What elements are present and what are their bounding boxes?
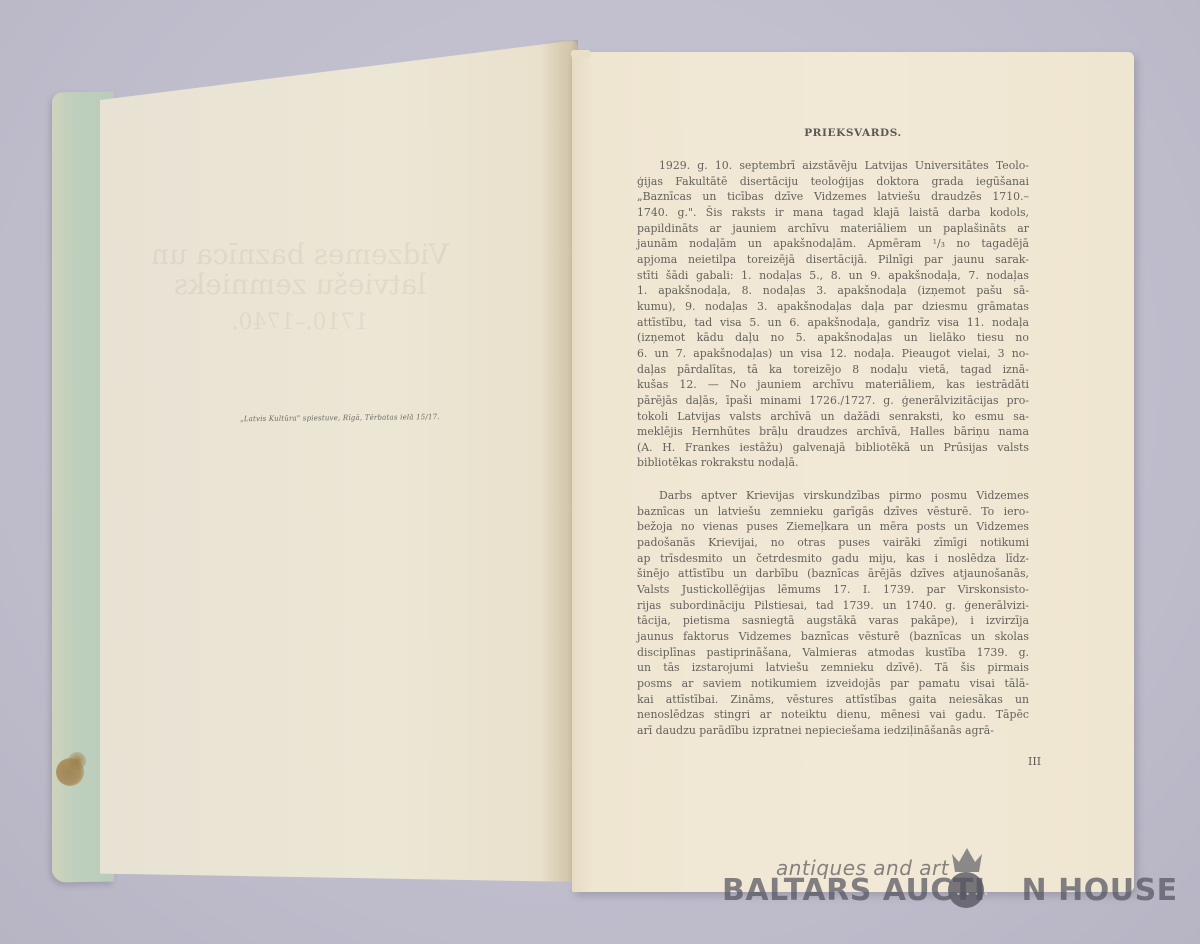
text-line: jaunām nodaļām un apakšnodaļām. Apmēram … xyxy=(637,236,1029,252)
page-number: III xyxy=(1028,755,1041,768)
text-line: bežoja no vienas puses Ziemeļkara un mēr… xyxy=(637,519,1029,535)
watermark-brand-left: BALTARS AUCTI xyxy=(722,873,986,908)
left-page xyxy=(100,40,578,882)
text-line: kušas 12. — No jauniem archīvu materiāli… xyxy=(637,377,1029,393)
text-line: attīstību, tad visa 5. un 6. apakšnodaļa… xyxy=(637,315,1029,331)
text-line: kumu), 9. nodaļas 3. apakšnodaļas daļa p… xyxy=(637,299,1029,315)
text-line: 6. un 7. apakšnodaļas) un visa 12. nodaļ… xyxy=(637,346,1029,362)
text-line: disciplīnas pastiprināšana, Valmieras at… xyxy=(637,645,1029,661)
crown-icon xyxy=(950,846,984,872)
watermark-brand-right: N HOUSE xyxy=(1022,873,1178,908)
page-corner xyxy=(571,50,591,58)
text-line: jaunus faktorus Vidzemes baznīcas vēstur… xyxy=(637,629,1029,645)
text-line: (izņemot kādu daļu no 5. apakšnodaļas un… xyxy=(637,330,1029,346)
text-line: šinējo attīstību un darbību (baznīcas ār… xyxy=(637,566,1029,582)
text-line: (A. H. Frankes iestāžu) galvenajā biblio… xyxy=(637,440,1029,456)
paragraph-1: 1929. g. 10. septembrī aizstāvēju Latvij… xyxy=(637,158,1029,471)
showthrough-text: 1710.–1740. xyxy=(150,310,450,335)
text-line: ap trīsdesmito un četrdesmito gadu miju,… xyxy=(637,551,1029,567)
text-line: arī daudzu parādību izpratnei nepiecieša… xyxy=(637,723,1029,739)
text-line: un tās izstarojumi latviešu zemnieku dzī… xyxy=(637,660,1029,676)
text-line: apjoma neietilpa toreizējā disertācijā. … xyxy=(637,252,1029,268)
showthrough-text: Vidzemes baznīca un xyxy=(150,238,450,271)
text-line: Valsts Justickollēģijas lēmums 17. I. 17… xyxy=(637,582,1029,598)
text-line: baznīcas un latviešu zemnieku garīgās dz… xyxy=(637,504,1029,520)
text-line: meklējis Hernhūtes brāļu draudzes archīv… xyxy=(637,424,1029,440)
text-line: posms ar saviem notikumiem izveidojās pa… xyxy=(637,676,1029,692)
text-line: daļas pārdalītas, tā ka toreizējo 8 noda… xyxy=(637,362,1029,378)
showthrough-text: latviešu zemnieks xyxy=(150,268,450,301)
text-line: Darbs aptver Krievijas virskundzības pir… xyxy=(637,488,1029,504)
text-line: tācija, pietisma sasniegtā augstākā vara… xyxy=(637,613,1029,629)
text-line: 1. apakšnodaļa, 8. nodaļas 3. apakšnodaļ… xyxy=(637,283,1029,299)
text-line: padošanās Krievijai, no otras puses vair… xyxy=(637,535,1029,551)
text-line: ģijas Fakultātē disertāciju teoloģijas d… xyxy=(637,174,1029,190)
page-heading: PRIEKSVARDS. xyxy=(572,127,1134,139)
text-line: tokoli Latvijas valsts archīvā un dažādi… xyxy=(637,409,1029,425)
text-line: nenoslēdzas stingri ar noteiktu dienu, m… xyxy=(637,707,1029,723)
text-line: kai attīstībai. Zināms, vēstures attīstī… xyxy=(637,692,1029,708)
text-line: papildināts ar jauniem archīvu materiāli… xyxy=(637,221,1029,237)
text-line: rijas subordināciju Pilstiesai, tad 1739… xyxy=(637,598,1029,614)
text-line: pārējās daļās, īpaši minami 1726./1727. … xyxy=(637,393,1029,409)
text-line: bibliotēkas rokrakstu nodaļā. xyxy=(637,455,1029,471)
foxing-stain-secondary xyxy=(68,752,86,770)
watermark-brand: BALTARS AUCTIN HOUSE xyxy=(722,873,1178,908)
text-line: „Baznīcas un ticības dzīve Vidzemes latv… xyxy=(637,189,1029,205)
text-line: 1740. g.". Šis raksts ir mana tagad klaj… xyxy=(637,205,1029,221)
text-line: 1929. g. 10. septembrī aizstāvēju Latvij… xyxy=(637,158,1029,174)
paragraph-2: Darbs aptver Krievijas virskundzības pir… xyxy=(637,488,1029,739)
text-line: stīti šādi gabali: 1. nodaļas 5., 8. un … xyxy=(637,268,1029,284)
